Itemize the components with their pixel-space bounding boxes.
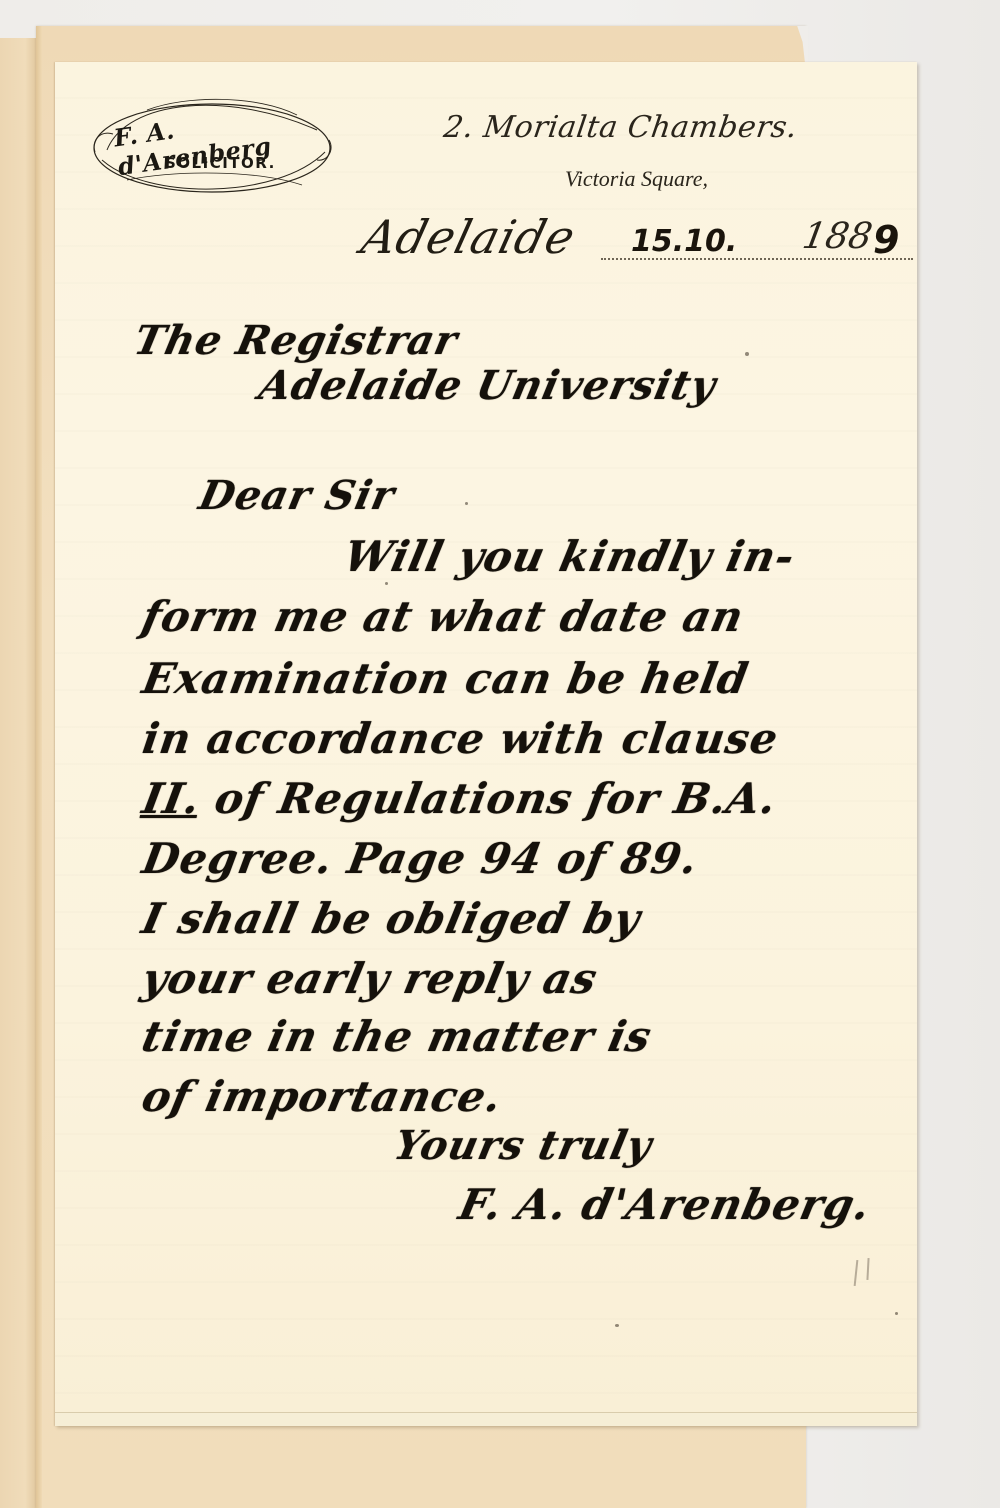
body-line-4: in accordance with clause [140, 714, 782, 763]
body-line-6: Degree. Page 94 of 89. [139, 834, 702, 883]
body-line-5: II. of Regulations for B.A. [139, 774, 781, 823]
ink-speck [745, 352, 749, 356]
date-year-handwritten: 9 [873, 218, 899, 262]
pencil-mark [866, 1258, 869, 1280]
body-line-10: of importance. [138, 1072, 507, 1121]
body-line-3: Examination can be held [139, 654, 753, 703]
date-dotted-rule [601, 258, 913, 260]
closing: Yours truly [390, 1122, 656, 1169]
ink-speck [615, 1324, 619, 1327]
torn-corner [790, 26, 808, 66]
city-name: Adelaide [356, 210, 581, 264]
ink-speck [465, 502, 468, 505]
addressee-line-1: The Registrar [130, 317, 462, 364]
date-day-month: 15.10. [631, 224, 737, 259]
letterhead-monogram: F. A. d'Arenberg SOLICITOR. [87, 90, 337, 200]
letter-sheet: F. A. d'Arenberg SOLICITOR. 2. Morialta … [55, 62, 917, 1426]
clause-number: II. [139, 774, 205, 823]
pencil-mark [854, 1260, 859, 1286]
signature: F. A. d'Arenberg. [455, 1180, 875, 1229]
body-line-5-rest: of Regulations for B.A. [196, 774, 781, 823]
body-line-8: your early reply as [138, 954, 602, 1003]
body-line-9: time in the matter is [138, 1012, 656, 1061]
ink-speck [895, 1312, 898, 1315]
date-year-printed: 188 [799, 216, 875, 257]
monogram-role: SOLICITOR. [165, 154, 276, 172]
body-line-1: Will you kindly in- [340, 532, 800, 581]
sheet-bottom-fold [55, 1412, 917, 1426]
folded-sheet-edge [0, 38, 38, 1508]
body-line-2: form me at what date an [138, 592, 749, 641]
salutation: Dear Sir [195, 472, 399, 519]
city-date-row: Adelaide 15.10. 188 9 [363, 210, 903, 270]
ink-speck [385, 582, 388, 585]
addressee-line-2: Adelaide University [255, 362, 720, 409]
address-chambers: 2. Morialta Chambers. [442, 110, 800, 145]
address-square: Victoria Square, [565, 166, 708, 192]
body-line-7: I shall be obliged by [138, 894, 645, 943]
